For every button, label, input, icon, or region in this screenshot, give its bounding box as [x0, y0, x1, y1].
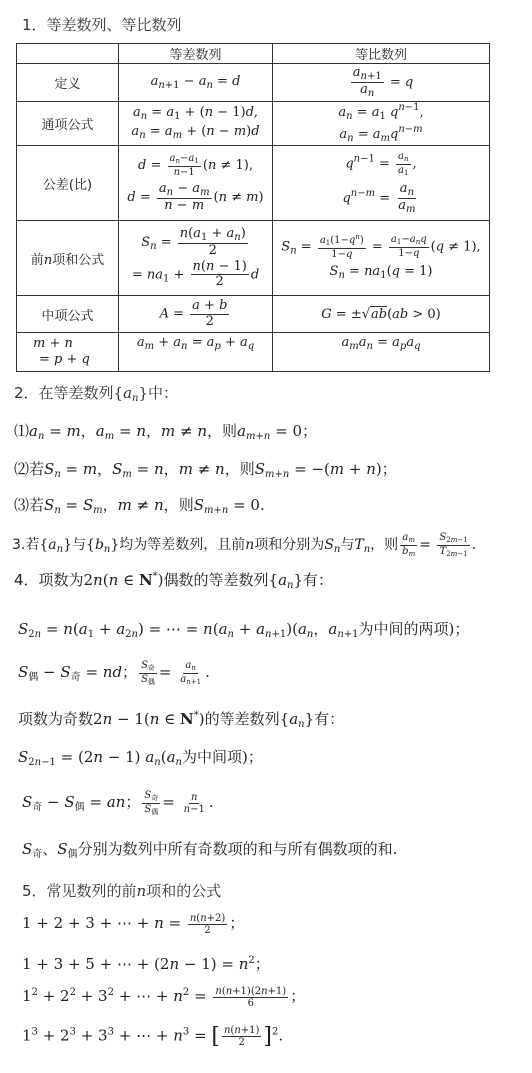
odd-sum-formula: S2n−1 = (2n − 1) an(an为中间项)；: [18, 746, 263, 768]
section-2-item-3: ⑶若Sn = Sm，m ≠ n，则Sm+n = 0.: [14, 494, 265, 516]
geo-general-term: an = a1 qn−1, an = amqn−m: [273, 102, 490, 146]
even-sum-formula: S2n = n(a1 + a2n) = ⋯ = n(an + an+1)(an，…: [18, 618, 469, 640]
geo-partial-sum: Sn = a1(1−qn)1−q = a1−anq1−q(q ≠ 1), Sn …: [273, 221, 490, 296]
sum-of-cubes-formula: 13 + 23 + 33 + ⋯ + n3 = [n(n+1)2]2.: [22, 1024, 283, 1049]
section-3-statement: 3.若{an}与{bn}均为等差数列，且前n项和分别为Sn与Tn，则ambm= …: [12, 532, 476, 558]
table-row-index-property: m + n = p + q am + an = ap + aq aman = a…: [17, 333, 490, 372]
row-label-definition: 定义: [17, 64, 119, 102]
section-2-heading: 2．在等差数列{an}中：: [14, 382, 178, 404]
odd-difference-formula: S奇 − S偶 = an；S奇S偶= nn−1.: [22, 790, 214, 816]
sum-of-naturals-formula: 1 + 2 + 3 + ⋯ + n = n(n+2)2；: [22, 912, 244, 936]
table-corner-cell: [17, 44, 119, 64]
sum-of-odds-formula: 1 + 3 + 5 + ⋯ + (2n − 1) = n2；: [22, 953, 270, 974]
section-4-heading: 4．项数为2n(n ∈ N*)偶数的等差数列{an}有：: [14, 569, 333, 591]
geo-index-property: aman = apaq: [273, 333, 490, 372]
table-row-partial-sum: 前n项和公式 Sn = n(a1 + an)2 = na1 + n(n − 1)…: [17, 221, 490, 296]
sequence-comparison-table: 等差数列 等比数列 定义 an+1 − an = d an+1an = q 通项…: [16, 43, 490, 372]
table-row-general-term: 通项公式 an = a1 + (n − 1)d, an = am + (n − …: [17, 102, 490, 146]
arith-general-term: an = a1 + (n − 1)d, an = am + (n − m)d: [119, 102, 273, 146]
header-arithmetic: 等差数列: [119, 44, 273, 64]
table-row-common-difference: 公差(比) d = an−a1n−1(n ≠ 1), d = an − amn …: [17, 146, 490, 221]
table-row-middle-term: 中项公式 A = a + b2 G = ±√ab(ab > 0): [17, 296, 490, 333]
section-2-item-2: ⑵若Sn = m，Sm = n，m ≠ n，则Sm+n = −(m + n)；: [14, 458, 397, 480]
row-label-middle-term: 中项公式: [17, 296, 119, 333]
row-label-partial-sum: 前n项和公式: [17, 221, 119, 296]
geo-definition: an+1an = q: [273, 64, 490, 102]
row-label-general-term: 通项公式: [17, 102, 119, 146]
arith-definition: an+1 − an = d: [119, 64, 273, 102]
table-header-row: 等差数列 等比数列: [17, 44, 490, 64]
arith-index-property: am + an = ap + aq: [119, 333, 273, 372]
even-difference-formula: S偶 − S奇 = nd；S奇S偶= anan+1.: [18, 660, 210, 686]
row-label-index-property: m + n = p + q: [17, 333, 119, 372]
odd-terms-heading: 项数为奇数2n − 1(n ∈ N*)的等差数列{an}有：: [18, 708, 344, 730]
row-label-common-difference: 公差(比): [17, 146, 119, 221]
odd-even-sum-description: S奇、S偶分别为数列中所有奇数项的和与所有偶数项的和.: [22, 838, 397, 860]
table-row-definition: 定义 an+1 − an = d an+1an = q: [17, 64, 490, 102]
geo-common-ratio: qn−1 = ana1, qn−m = anam: [273, 146, 490, 221]
header-geometric: 等比数列: [273, 44, 490, 64]
section-5-heading: 5．常见数列的前n项和的公式: [22, 880, 221, 901]
section-1-heading: 1．等差数列、等比数列: [22, 14, 182, 35]
arith-common-difference: d = an−a1n−1(n ≠ 1), d = an − amn − m(n …: [119, 146, 273, 221]
section-2-item-1: ⑴an = m，am = n，m ≠ n，则am+n = 0；: [14, 420, 317, 442]
sum-of-squares-formula: 12 + 22 + 32 + ⋯ + n2 = n(n+1)(2n+1)6；: [22, 985, 305, 1009]
arith-partial-sum: Sn = n(a1 + an)2 = na1 + n(n − 1)2d: [119, 221, 273, 296]
geo-middle-term: G = ±√ab(ab > 0): [273, 296, 490, 333]
arith-middle-term: A = a + b2: [119, 296, 273, 333]
